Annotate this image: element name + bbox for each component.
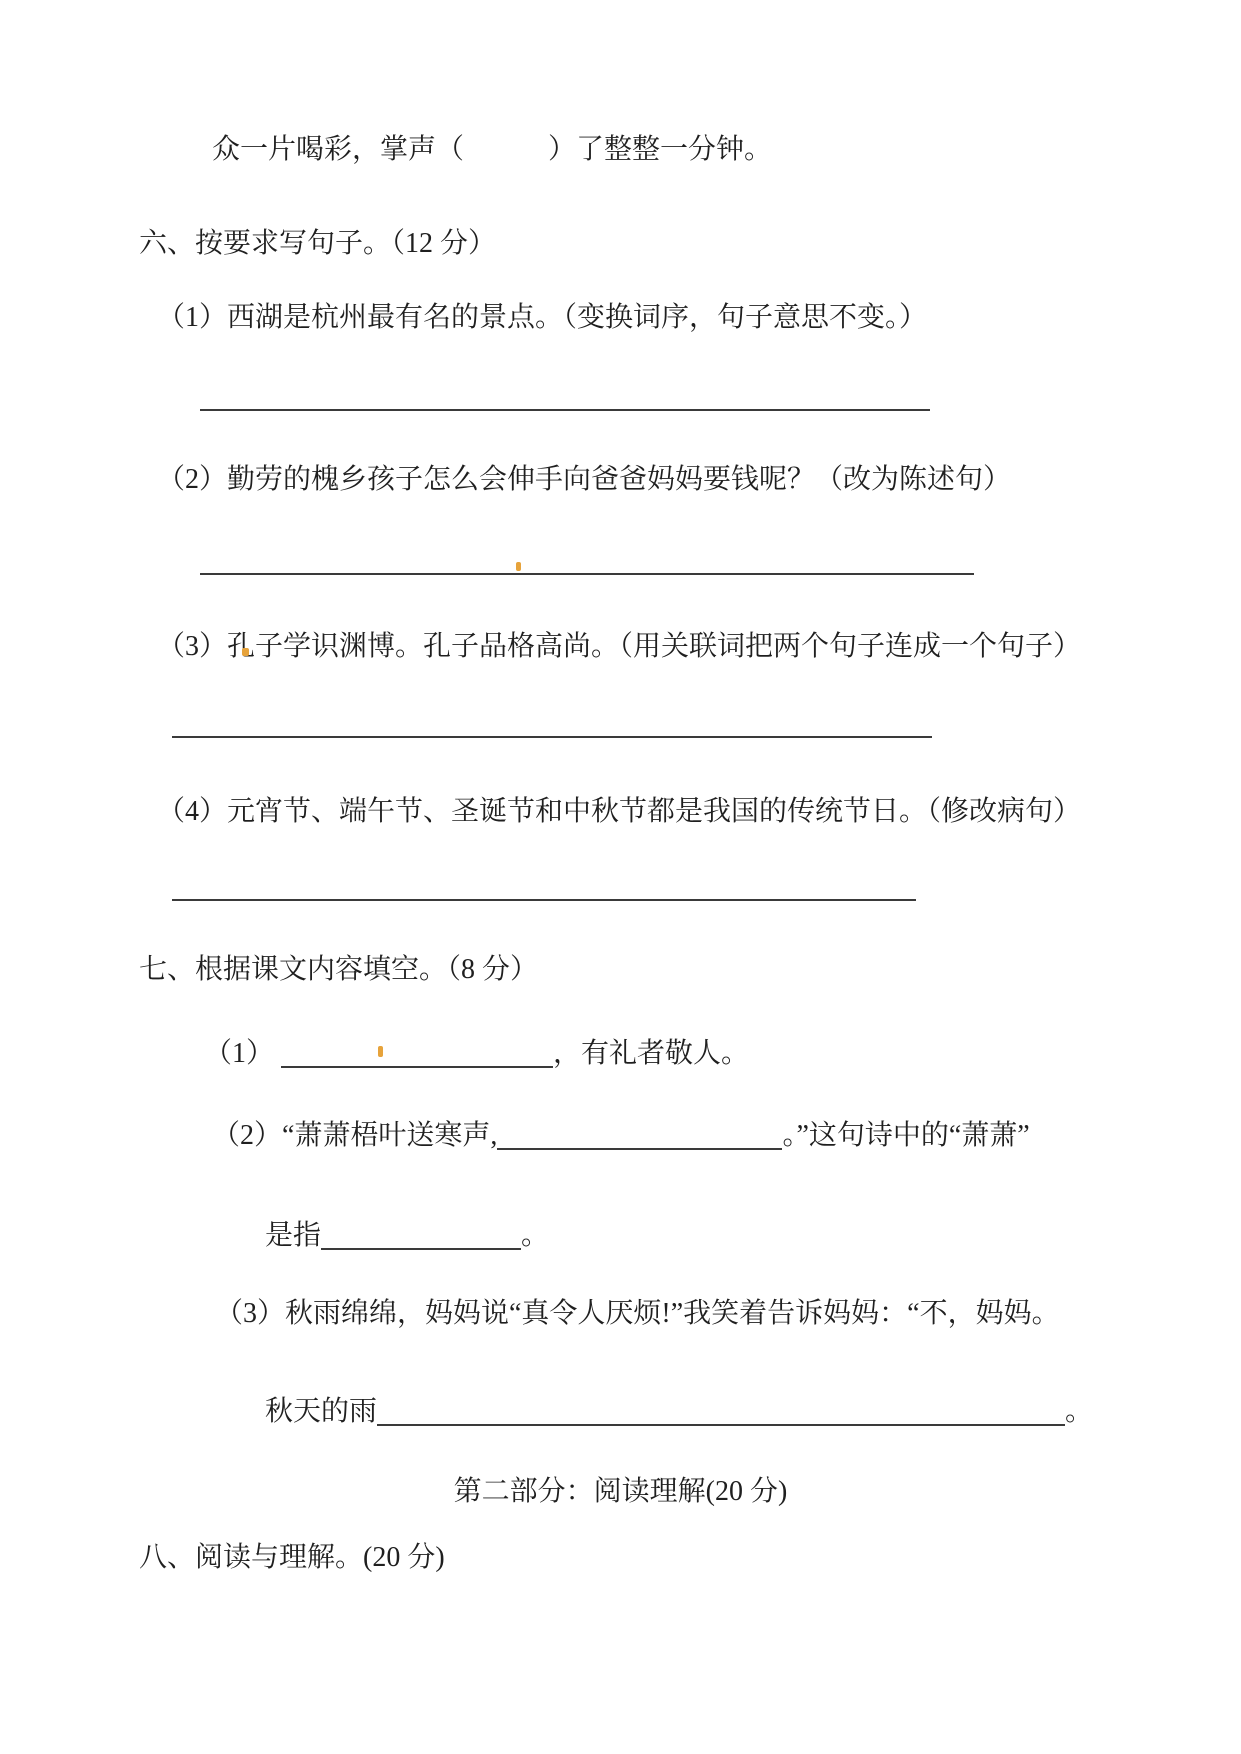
section-seven-heading: 七、根据课文内容填空。（8 分）: [139, 952, 538, 987]
answer-blank-7-2: [497, 1120, 782, 1150]
carryover-text: 众一片喝彩，掌声（ ）了整整一分钟。: [212, 132, 772, 167]
question-7-3-continued: 秋天的雨。: [265, 1394, 1093, 1429]
answer-blank-7-2b: [321, 1220, 521, 1250]
question-7-2-continued: 是指。: [265, 1218, 549, 1253]
question-7-3-period: 。: [1065, 1396, 1093, 1427]
question-7-3-autumn-rain-label: 秋天的雨: [265, 1396, 377, 1427]
answer-line-6-2: [200, 573, 974, 575]
question-7-2-quote-end: 。”这句诗中的“萧萧”: [782, 1120, 1029, 1151]
question-6-3: （3）孔子学识渊博。孔子品格高尚。（用关联词把两个句子连成一个句子）: [157, 629, 1081, 664]
stray-mark-on-blank-7-1: [378, 1046, 383, 1057]
stray-mark-after-kong: [242, 648, 249, 656]
answer-line-6-3: [172, 736, 932, 738]
answer-blank-7-3: [377, 1396, 1065, 1426]
question-7-1-text: ，有礼者敬人。: [553, 1038, 749, 1069]
question-7-3: （3）秋雨绵绵，妈妈说“真令人厌烦!”我笑着告诉妈妈：“不，妈妈。: [215, 1296, 1060, 1331]
question-7-2-period: 。: [521, 1220, 549, 1251]
question-7-1: （1） ，有礼者敬人。: [204, 1036, 749, 1071]
answer-line-6-1: [200, 409, 930, 411]
stray-mark-on-line-2: [516, 562, 521, 571]
question-7-2: （2）“萧萧梧叶送寒声,。”这句诗中的“萧萧”: [212, 1118, 1030, 1153]
section-six-heading: 六、按要求写句子。（12 分）: [139, 226, 496, 261]
question-6-4: （4）元宵节、端午节、圣诞节和中秋节都是我国的传统节日。（修改病句）: [157, 794, 1081, 829]
answer-line-6-4: [172, 899, 916, 901]
part-two-title: 第二部分：阅读理解(20 分): [0, 1474, 1241, 1509]
section-eight-heading: 八、阅读与理解。(20 分): [139, 1540, 445, 1575]
question-6-1: （1）西湖是杭州最有名的景点。（变换词序，句子意思不变。）: [157, 300, 927, 335]
question-7-1-label: （1）: [204, 1038, 274, 1069]
question-7-2-quote-start: （2）“萧萧梧叶送寒声,: [212, 1120, 497, 1151]
question-6-2: （2）勤劳的槐乡孩子怎么会伸手向爸爸妈妈要钱呢？（改为陈述句）: [157, 462, 1011, 497]
answer-blank-7-1: [281, 1038, 553, 1068]
question-7-2-shizhi-label: 是指: [265, 1220, 321, 1251]
exam-page: 众一片喝彩，掌声（ ）了整整一分钟。 六、按要求写句子。（12 分） （1）西湖…: [0, 0, 1241, 1754]
